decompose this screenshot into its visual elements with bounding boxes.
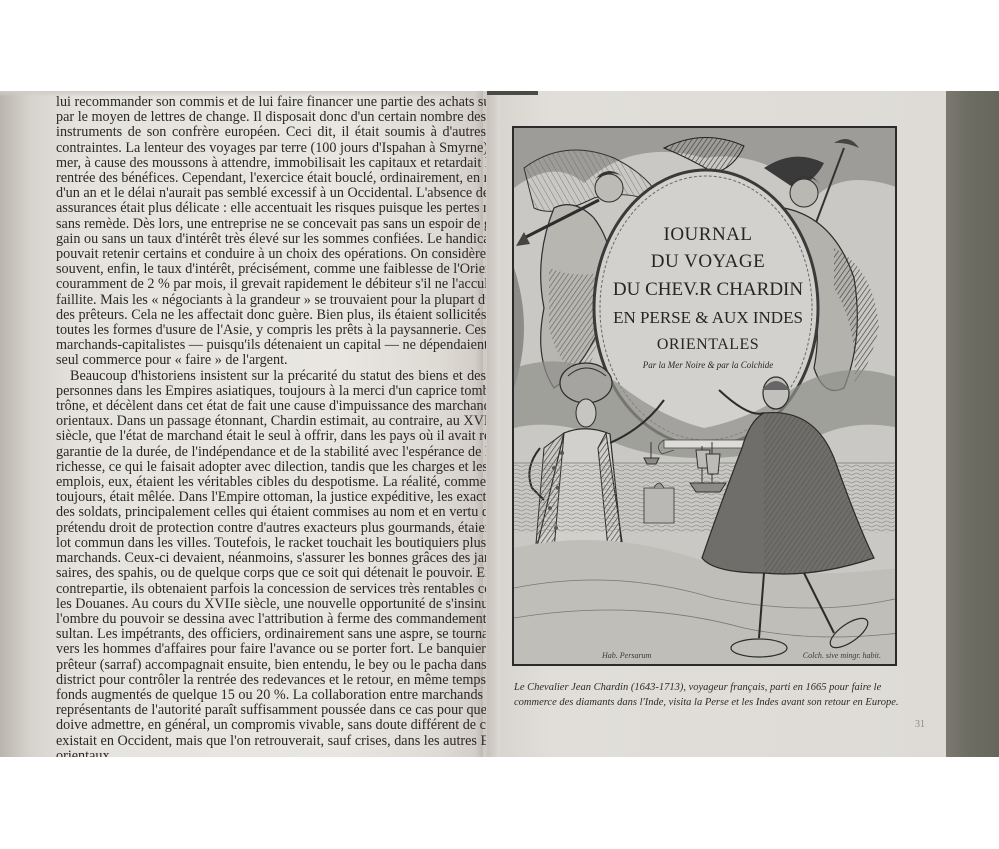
text-line: des prêteurs. Cela ne les affectait donc… — [56, 308, 486, 323]
engraving-artwork — [514, 128, 897, 666]
text-line: contrepartie, ils obtenaient parfois la … — [56, 582, 486, 597]
text-line: saires, des spahis, ou de quelque corps … — [56, 566, 486, 581]
engraving-title: IOURNAL DU VOYAGE DU CHEV.R CHARDIN EN P… — [610, 222, 806, 372]
engraving-label-left: Hab. Persarum — [602, 651, 651, 660]
text-line: prétendu droit de protection contre d'au… — [56, 521, 486, 536]
text-line: toutes les formes d'usure de l'Asie, y c… — [56, 323, 486, 338]
text-line: pouvait retenir certains et conduire à u… — [56, 247, 486, 262]
caption-line: Le Chevalier Jean Chardin (1643-1713), v… — [514, 680, 904, 695]
text-line: district pour contrôler la rentrée des r… — [56, 673, 486, 688]
text-line: orientaux. — [56, 749, 486, 757]
text-line: par le moyen de lettres de change. Il di… — [56, 110, 486, 125]
text-line: couramment de 2 % par mois, il grevait r… — [56, 277, 486, 292]
engraving-title-line: EN PERSE & AUX INDES — [600, 304, 816, 332]
text-line: faillite. Mais les « négociants à la gra… — [56, 293, 486, 308]
figure-caption: Le Chevalier Jean Chardin (1643-1713), v… — [514, 680, 904, 710]
text-line: des soldats, principalement celles qui é… — [56, 505, 486, 520]
text-line: toujours, était mêlée. Dans l'Empire ott… — [56, 490, 486, 505]
text-line: garantie de la durée, de l'indépendance … — [56, 445, 486, 460]
left-page: lui recommander son commis et de lui fai… — [0, 91, 487, 757]
text-line: d'un an et le délai n'aurait pas semblé … — [56, 186, 486, 201]
engraving-title-line: IOURNAL — [610, 222, 806, 248]
text-line: richesse, ce qui le faisait adopter avec… — [56, 460, 486, 475]
engraving-title-line: ORIENTALES — [610, 332, 806, 358]
engraving-subtitle: Par la Mer Noire & par la Colchide — [610, 358, 806, 372]
text-line: marchands. Ceux-ci devaient, néanmoins, … — [56, 551, 486, 566]
text-line: sans remède. Dès lors, une entreprise ne… — [56, 217, 486, 232]
text-line: lui recommander son commis et de lui fai… — [56, 95, 486, 110]
text-line: fonds augmentés de quelque 15 ou 20 %. L… — [56, 688, 486, 703]
caption-line: commerce des diamants dans l'Inde, visit… — [514, 695, 904, 710]
text-line: gain ou sans un taux d'intérêt très élev… — [56, 232, 486, 247]
text-line: rentrée des bénéfices. Cependant, l'exer… — [56, 171, 486, 186]
text-line: assurances était plus délicate : elle ac… — [56, 201, 486, 216]
text-line: lot commun dans les villes. Toutefois, l… — [56, 536, 486, 551]
text-line: orientaux. Dans un passage étonnant, Cha… — [56, 414, 486, 429]
text-line: mer, à cause des moussons à attendre, im… — [56, 156, 486, 171]
text-line: sultan. Les impétrants, des officiers, o… — [56, 627, 486, 642]
text-line: seul commerce pour « faire » de l'argent… — [56, 353, 486, 368]
text-line: les Douanes. Au cours du XVIIe siècle, u… — [56, 597, 486, 612]
text-line: instruments de son confrère européen. Ce… — [56, 125, 486, 140]
table-surface — [946, 91, 999, 757]
text-line: Beaucoup d'historiens insistent sur la p… — [56, 369, 486, 384]
text-line: siècle, que l'état de marchand était le … — [56, 429, 486, 444]
text-line: doive admettre, en général, un compromis… — [56, 718, 486, 733]
text-line: contraintes. La lenteur des voyages par … — [56, 141, 486, 156]
text-line: emplois, eux, étaient les véritables cib… — [56, 475, 486, 490]
text-line: souvent, enfin, le taux d'intérêt, préci… — [56, 262, 486, 277]
text-line: existait en Occident, mais que l'on retr… — [56, 734, 486, 749]
gutter-shadow — [475, 91, 483, 757]
engraving-label-right: Colch. sive mingr. habit. — [803, 651, 881, 660]
text-line: prêteur (sarraf) accompagnait ensuite, b… — [56, 658, 486, 673]
text-line: personnes dans les Empires asiatiques, t… — [56, 384, 486, 399]
body-text: lui recommander son commis et de lui fai… — [56, 95, 486, 757]
page-number: 31 — [915, 719, 925, 730]
engraving-title-line: DU CHEV.R CHARDIN — [602, 276, 814, 304]
gutter-shadow-top — [478, 91, 538, 95]
text-line: vers les hommes d'affaires pour faire l'… — [56, 642, 486, 657]
text-line: marchands-capitalistes — puisqu'ils déte… — [56, 338, 486, 353]
chardin-engraving: IOURNAL DU VOYAGE DU CHEV.R CHARDIN EN P… — [512, 126, 897, 666]
text-line: l'ombre du pouvoir se dessina avec l'att… — [56, 612, 486, 627]
engraving-title-line: DU VOYAGE — [610, 248, 806, 276]
text-line: trône, et décèlent dans cet état de fait… — [56, 399, 486, 414]
text-line: représentants de l'autorité paraît suffi… — [56, 703, 486, 718]
